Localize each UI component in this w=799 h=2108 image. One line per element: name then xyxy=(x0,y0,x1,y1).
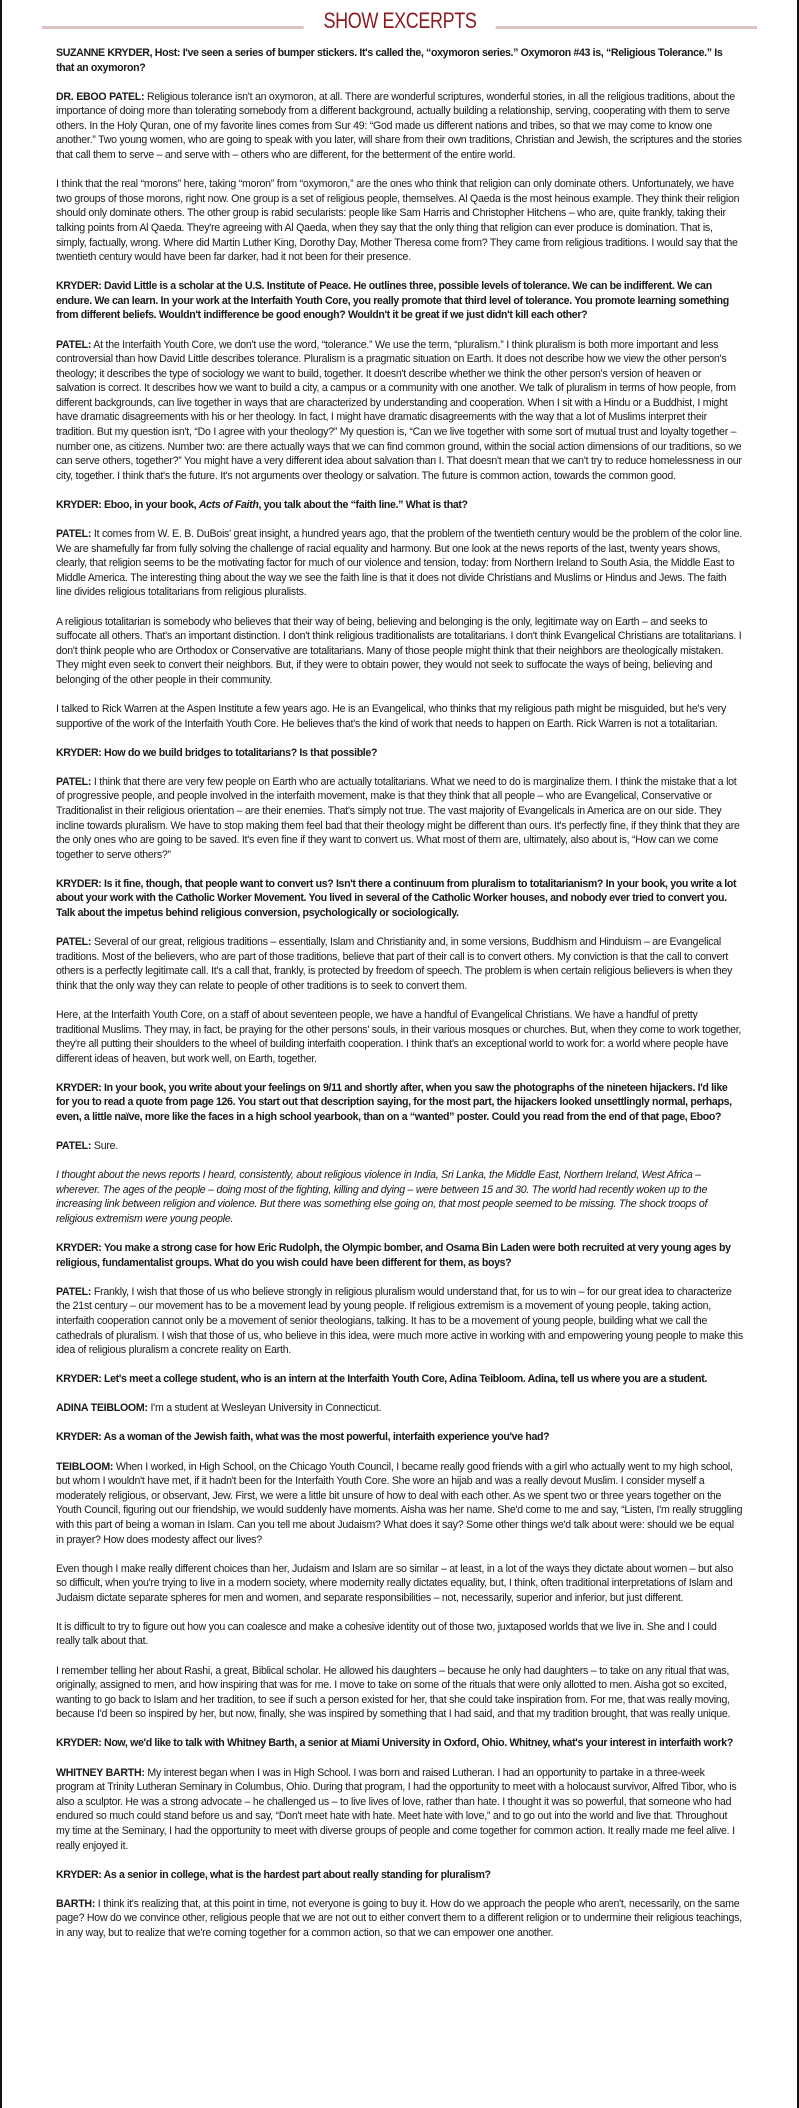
transcript-answer: PATEL: Frankly, I wish that those of us … xyxy=(56,1285,743,1358)
section-title: SHOW EXCERPTS xyxy=(303,8,496,34)
speaker-label: PATEL: xyxy=(56,528,91,540)
paragraph-text: As a woman of the Jewish faith, what was… xyxy=(101,1431,549,1443)
paragraph-text: Frankly, I wish that those of us who bel… xyxy=(56,1286,743,1356)
transcript-answer: PATEL: It comes from W. E. B. DuBois' gr… xyxy=(56,527,743,600)
paragraph-text: Sure. xyxy=(91,1140,118,1152)
transcript-answer: PATEL: Sure. xyxy=(56,1139,743,1154)
speaker-label: KRYDER: xyxy=(56,499,101,511)
transcript-body: SUZANNE KRYDER, Host: I've seen a series… xyxy=(2,34,797,1940)
paragraph-text: It comes from W. E. B. DuBois' great ins… xyxy=(56,528,742,598)
transcript-answer-continued: It is difficult to try to figure out how… xyxy=(56,1620,743,1649)
transcript-answer-continued: I think that the real “morons” here, tak… xyxy=(56,177,743,265)
transcript-question: KRYDER: How do we build bridges to total… xyxy=(56,746,743,761)
paragraph-text: At the Interfaith Youth Core, we don't u… xyxy=(56,339,742,482)
speaker-label: PATEL: xyxy=(56,936,91,948)
paragraph-text: Several of our great, religious traditio… xyxy=(56,936,732,992)
speaker-label: SUZANNE KRYDER, Host: xyxy=(56,47,180,59)
paragraph-text: It is difficult to try to figure out how… xyxy=(56,1621,717,1648)
paragraph-text: Religious tolerance isn't an oxymoron, a… xyxy=(56,91,742,161)
section-header: SHOW EXCERPTS xyxy=(42,0,757,34)
paragraph-text: Even though I make really different choi… xyxy=(56,1563,733,1604)
transcript-answer-continued: I remember telling her about Rashi, a gr… xyxy=(56,1664,743,1722)
transcript-answer-continued: I talked to Rick Warren at the Aspen Ins… xyxy=(56,702,743,731)
speaker-label: DR. EBOO PATEL: xyxy=(56,91,144,103)
paragraph-text: Now, we'd like to talk with Whitney Bart… xyxy=(101,1737,733,1749)
speaker-label: KRYDER: xyxy=(56,1242,101,1254)
transcript-answer: TEIBLOOM: When I worked, in High School,… xyxy=(56,1460,743,1548)
document-page: SHOW EXCERPTS SUZANNE KRYDER, Host: I've… xyxy=(0,0,799,2108)
speaker-label: TEIBLOOM: xyxy=(56,1461,113,1473)
speaker-label: KRYDER: xyxy=(56,878,101,890)
paragraph-text: David Little is a scholar at the U.S. In… xyxy=(56,280,729,321)
paragraph-text: You make a strong case for how Eric Rudo… xyxy=(56,1242,731,1269)
transcript-question: KRYDER: Now, we'd like to talk with Whit… xyxy=(56,1736,743,1751)
paragraph-text: How do we build bridges to totalitarians… xyxy=(101,747,377,759)
paragraph-text: I think it's realizing that, at this poi… xyxy=(56,1898,742,1939)
transcript-question: KRYDER: Let's meet a college student, wh… xyxy=(56,1372,743,1387)
transcript-answer: BARTH: I think it's realizing that, at t… xyxy=(56,1897,743,1941)
transcript-question: KRYDER: David Little is a scholar at the… xyxy=(56,279,743,323)
transcript-question: KRYDER: As a woman of the Jewish faith, … xyxy=(56,1430,743,1445)
speaker-label: KRYDER: xyxy=(56,1082,101,1094)
transcript-question: SUZANNE KRYDER, Host: I've seen a series… xyxy=(56,46,743,75)
paragraph-text: When I worked, in High School, on the Ch… xyxy=(56,1461,742,1546)
paragraph-text: Eboo, in your book, xyxy=(101,499,198,511)
paragraph-text: I'm a student at Wesleyan University in … xyxy=(148,1402,382,1414)
transcript-question: KRYDER: You make a strong case for how E… xyxy=(56,1241,743,1270)
transcript-answer: PATEL: At the Interfaith Youth Core, we … xyxy=(56,338,743,484)
transcript-question: KRYDER: As a senior in college, what is … xyxy=(56,1868,743,1883)
transcript-question: KRYDER: In your book, you write about yo… xyxy=(56,1081,743,1125)
speaker-label: PATEL: xyxy=(56,1286,91,1298)
speaker-label: PATEL: xyxy=(56,776,91,788)
speaker-label: KRYDER: xyxy=(56,1869,101,1881)
paragraph-text: I think that there are very few people o… xyxy=(56,776,740,861)
paragraph-text: I remember telling her about Rashi, a gr… xyxy=(56,1665,730,1721)
speaker-label: PATEL: xyxy=(56,1140,91,1152)
transcript-answer-continued: A religious totalitarian is somebody who… xyxy=(56,615,743,688)
transcript-answer-continued: Here, at the Interfaith Youth Core, on a… xyxy=(56,1008,743,1066)
speaker-label: BARTH: xyxy=(56,1898,95,1910)
speaker-label: KRYDER: xyxy=(56,1373,101,1385)
speaker-label: PATEL: xyxy=(56,339,91,351)
speaker-label: WHITNEY BARTH: xyxy=(56,1767,145,1779)
paragraph-text: I think that the real “morons” here, tak… xyxy=(56,178,739,263)
speaker-label: KRYDER: xyxy=(56,1737,101,1749)
transcript-question: KRYDER: Eboo, in your book, Acts of Fait… xyxy=(56,498,743,513)
paragraph-text: In your book, you write about your feeli… xyxy=(56,1082,732,1123)
book-quote: I thought about the news reports I heard… xyxy=(56,1168,743,1226)
paragraph-text: Let's meet a college student, who is an … xyxy=(101,1373,707,1385)
transcript-answer: PATEL: I think that there are very few p… xyxy=(56,775,743,863)
paragraph-text: , you talk about the “faith line.” What … xyxy=(258,499,467,511)
transcript-answer: WHITNEY BARTH: My interest began when I … xyxy=(56,1766,743,1854)
book-title: Acts of Faith xyxy=(199,499,259,511)
transcript-answer: ADINA TEIBLOOM: I'm a student at Wesleya… xyxy=(56,1401,743,1416)
paragraph-text: A religious totalitarian is somebody who… xyxy=(56,616,741,686)
paragraph-text: I talked to Rick Warren at the Aspen Ins… xyxy=(56,703,726,730)
paragraph-text: My interest began when I was in High Sch… xyxy=(56,1767,736,1852)
speaker-label: KRYDER: xyxy=(56,1431,101,1443)
transcript-answer: DR. EBOO PATEL: Religious tolerance isn'… xyxy=(56,90,743,163)
paragraph-text: Is it fine, though, that people want to … xyxy=(56,878,736,919)
transcript-answer: PATEL: Several of our great, religious t… xyxy=(56,935,743,993)
transcript-question: KRYDER: Is it fine, though, that people … xyxy=(56,877,743,921)
paragraph-text: Here, at the Interfaith Youth Core, on a… xyxy=(56,1009,741,1065)
speaker-label: ADINA TEIBLOOM: xyxy=(56,1402,148,1414)
quote-text: I thought about the news reports I heard… xyxy=(56,1169,707,1225)
transcript-answer-continued: Even though I make really different choi… xyxy=(56,1562,743,1606)
speaker-label: KRYDER: xyxy=(56,747,101,759)
paragraph-text: As a senior in college, what is the hard… xyxy=(101,1869,490,1881)
speaker-label: KRYDER: xyxy=(56,280,101,292)
